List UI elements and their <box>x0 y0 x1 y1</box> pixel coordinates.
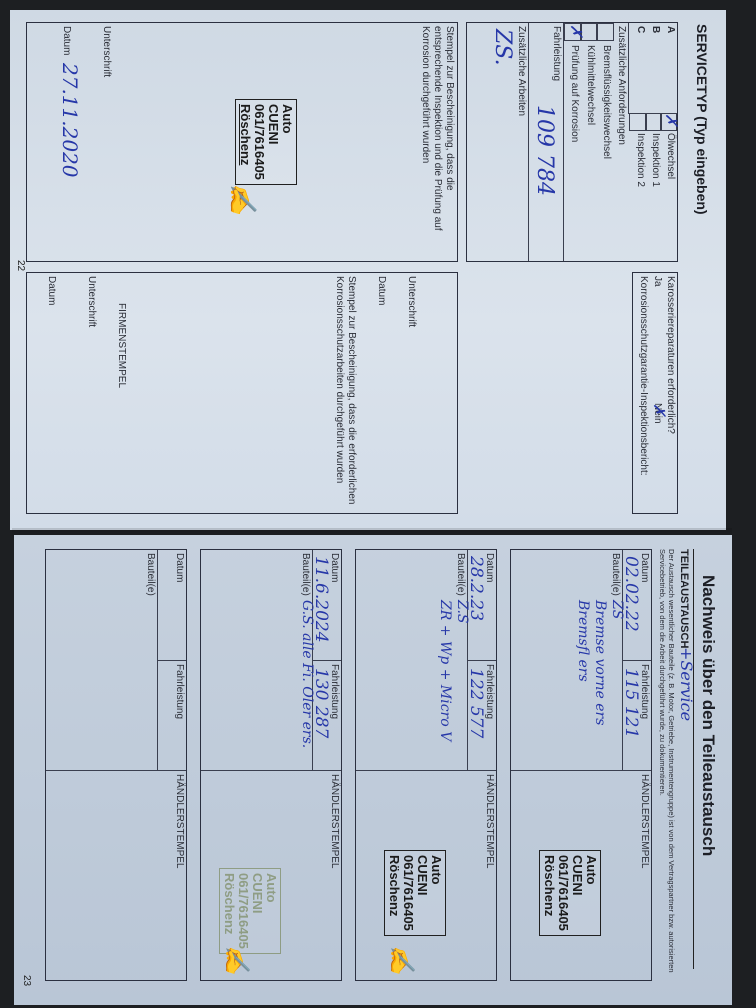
additional-work-label: Zusätzliche Arbeiten <box>516 26 527 116</box>
parts-label: Bauteil(e) <box>145 553 156 596</box>
corrosion-report-label: Korrosionsschutzgarantie-Inspektionsberi… <box>638 276 649 476</box>
section-annotation: +Service <box>677 647 696 721</box>
parts-entry: Datum Fahrleistung HÄNDLERSTEMPEL Bautei… <box>45 549 187 981</box>
date-label: Datum <box>46 276 57 305</box>
signature-label: Unterschrift <box>101 26 112 77</box>
dealer-stamp: AutoCUENI061/7616405Röschenz <box>384 850 446 936</box>
dealer-stamp-label: HÄNDLERSTEMPEL <box>484 774 495 868</box>
page-number: 22 <box>15 260 26 271</box>
section-title: TEILEAUSTAUSCH <box>678 549 690 648</box>
checkbox-inspection-2[interactable] <box>629 113 647 131</box>
date-label: Datum <box>376 276 387 305</box>
dealer-stamp-label: HÄNDLERSTEMPEL <box>639 774 650 868</box>
dealer-stamp-label: HÄNDLERSTEMPEL <box>329 774 340 868</box>
page-22: SERVICETYP (Typ eingeben) A B C ✗ Ölwech… <box>10 10 726 530</box>
signature: ✍ <box>388 945 416 975</box>
parts-entry: Datum 02.02.22 Fahrleistung 115 121 HÄND… <box>510 549 652 981</box>
mileage-label: Fahrleistung <box>551 26 562 81</box>
section-description: Der Austausch wesentlicher Bauteile (z. … <box>658 549 676 979</box>
oil-change-label: Ölwechsel <box>665 133 676 179</box>
service-type-title: SERVICETYP (Typ eingeben) <box>694 24 710 215</box>
signature: ✍ <box>227 183 257 215</box>
additional-requirements-label: Zusätzliche Anforderungen <box>616 26 627 145</box>
parts-exchange-title: Nachweis über den Teileaustausch <box>698 575 718 856</box>
additional-work-value: ZS. <box>490 29 515 66</box>
dealer-stamp: Auto CUENI 061/7616405 Röschenz <box>235 99 297 185</box>
check-mark-icon: ✗ <box>650 403 669 416</box>
entry-parts: G.S. alle Fi. Oler ers. <box>298 600 315 748</box>
corrosion-stamp-text: Stempel zur Bescheinigung, dass die erfo… <box>333 276 357 506</box>
inspection-2-label: Inspektion 2 <box>635 133 646 187</box>
mileage-value: 109 784 <box>532 105 557 196</box>
entry-parts: ZSBremse vorne ersBremsfl ers <box>574 600 625 725</box>
type-b-label: B <box>650 26 661 33</box>
dealer-stamp-label: HÄNDLERSTEMPEL <box>174 774 185 868</box>
abc-grid <box>628 23 677 114</box>
inspection-1-label: Inspektion 1 <box>650 133 661 187</box>
parts-label: Bauteil(e) <box>300 553 311 596</box>
date-label: Datum <box>174 553 185 582</box>
corrosion-check-label: Prüfung auf Korrosion <box>569 45 580 142</box>
page-23: Nachweis über den Teileaustausch TEILEAU… <box>14 535 732 1005</box>
company-stamp-label: FIRMENSTEMPEL <box>116 303 127 388</box>
entry-parts: Z.SZR + Wp + Micro V <box>436 600 470 741</box>
date-label: Datum <box>61 26 72 55</box>
page-number: 23 <box>21 975 32 986</box>
mileage-label: Fahrleistung <box>174 664 185 719</box>
coolant-label: Kühlmittelwechsel <box>585 45 596 125</box>
signature-label: Unterschrift <box>406 276 417 327</box>
parts-entry: Datum 28.2.23 Fahrleistung 122 577 HÄNDL… <box>355 549 497 981</box>
checkbox-brake-fluid[interactable] <box>596 23 614 41</box>
inspection-stamp-box: Stempel zur Bescheinigung, dass die ents… <box>26 22 458 262</box>
inspection-stamp-text: Stempel zur Bescheinigung, dass die ents… <box>419 26 455 256</box>
parts-label: Bauteil(e) <box>455 553 466 596</box>
corrosion-stamp-box: Unterschrift Datum Stempel zur Bescheini… <box>26 272 458 514</box>
yes-label: Ja <box>652 276 663 287</box>
check-mark-icon: ✗ <box>662 113 681 126</box>
parts-label: Bauteil(e) <box>610 553 621 596</box>
checkbox-inspection-1[interactable] <box>645 113 662 131</box>
signature-label: Unterschrift <box>86 276 97 327</box>
dealer-stamp: AutoCUENI061/7616405Röschenz <box>539 850 601 936</box>
brake-fluid-label: Bremsflüssigkeitswechsel <box>601 45 612 159</box>
booklet-photo: SERVICETYP (Typ eingeben) A B C ✗ Ölwech… <box>0 0 756 1008</box>
check-mark-icon: ✗ <box>567 24 586 37</box>
type-a-label: A <box>665 26 676 33</box>
dealer-stamp: AutoCUENI061/7616405Röschenz <box>219 868 281 954</box>
service-type-box: A B C ✗ Ölwechsel Inspektion 1 Inspektio… <box>466 22 678 262</box>
date-value: 27.11.2020 <box>58 63 82 178</box>
signature: ✍ <box>223 945 251 975</box>
parts-entry: Datum 11.6.2024 Fahrleistung 130 287 HÄN… <box>200 549 342 981</box>
body-repairs-box: Karosseriereparaturen erforderlich? Ja N… <box>632 272 678 514</box>
type-c-label: C <box>635 26 646 33</box>
